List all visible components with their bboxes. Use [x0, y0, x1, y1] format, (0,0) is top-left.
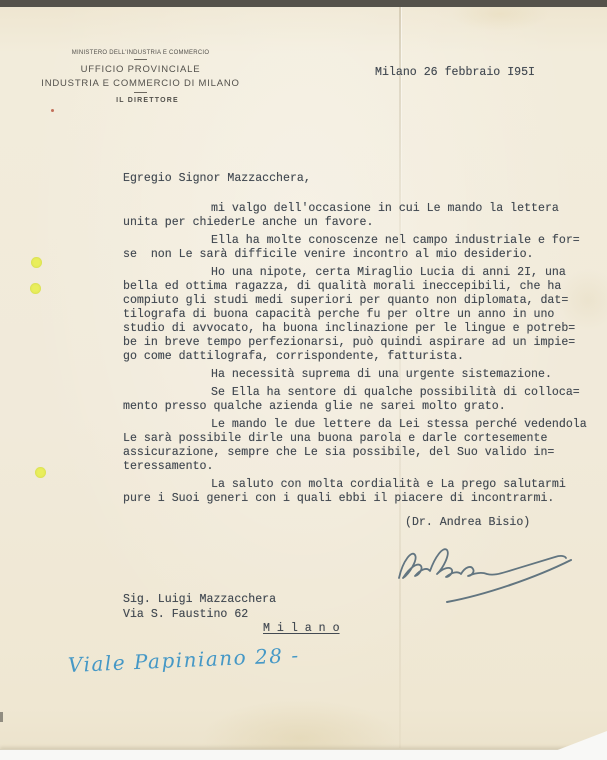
- paragraph: Ho una nipote, certa Miraglio Lucia di a…: [123, 266, 593, 364]
- letterhead-office-line-1: UFFICIO PROVINCIALE: [38, 64, 243, 75]
- letterhead-divider: [134, 92, 147, 93]
- paragraph: La saluto con molta cordialità e La preg…: [123, 478, 593, 506]
- handwritten-signature: [385, 540, 585, 612]
- letterhead-divider: [134, 59, 147, 60]
- paragraph: Le mando le due lettere da Lei stessa pe…: [123, 418, 593, 474]
- paper-corner-cut: [555, 731, 607, 751]
- dateline: Milano 26 febbraio I95I: [375, 66, 535, 79]
- punch-hole-marker: [31, 257, 42, 268]
- scan-bottom-background: [0, 749, 607, 760]
- punch-hole-marker: [35, 467, 46, 478]
- letterhead-office-line-2: INDUSTRIA E COMMERCIO DI MILANO: [38, 78, 243, 89]
- punch-hole-marker: [30, 283, 41, 294]
- scan-edge-mark: [0, 712, 3, 722]
- scanned-letter-page: MINISTERO DELL'INDUSTRIA E COMMERCIO UFF…: [0, 0, 607, 760]
- scan-top-edge: [0, 0, 607, 7]
- recipient-address-block: Sig. Luigi Mazzacchera Via S. Faustino 6…: [123, 593, 340, 637]
- paragraph: Se Ella ha sentore di qualche possibilit…: [123, 386, 593, 414]
- letterhead-director-line: IL DIRETTORE: [38, 97, 243, 104]
- recipient-city: M i l a n o: [263, 622, 340, 637]
- recipient-street: Via S. Faustino 62: [123, 608, 340, 623]
- salutation: Egregio Signor Mazzacchera,: [123, 172, 593, 186]
- paragraph: Ha necessità suprema di una urgente sist…: [123, 368, 593, 382]
- letterhead: MINISTERO DELL'INDUSTRIA E COMMERCIO UFF…: [38, 50, 243, 104]
- letterhead-ministry-line: MINISTERO DELL'INDUSTRIA E COMMERCIO: [38, 50, 243, 56]
- letter-body: Egregio Signor Mazzacchera, mi valgo del…: [123, 172, 593, 530]
- paragraph: mi valgo dell'occasione in cui Le mando …: [123, 202, 593, 230]
- typed-signature-name: (Dr. Andrea Bisio): [405, 516, 593, 530]
- paragraph: Ella ha molte conoscenze nel campo indus…: [123, 234, 593, 262]
- ink-speck: [51, 109, 54, 112]
- recipient-name: Sig. Luigi Mazzacchera: [123, 593, 340, 608]
- handwritten-note: Viale Papiniano 28 -: [67, 643, 300, 677]
